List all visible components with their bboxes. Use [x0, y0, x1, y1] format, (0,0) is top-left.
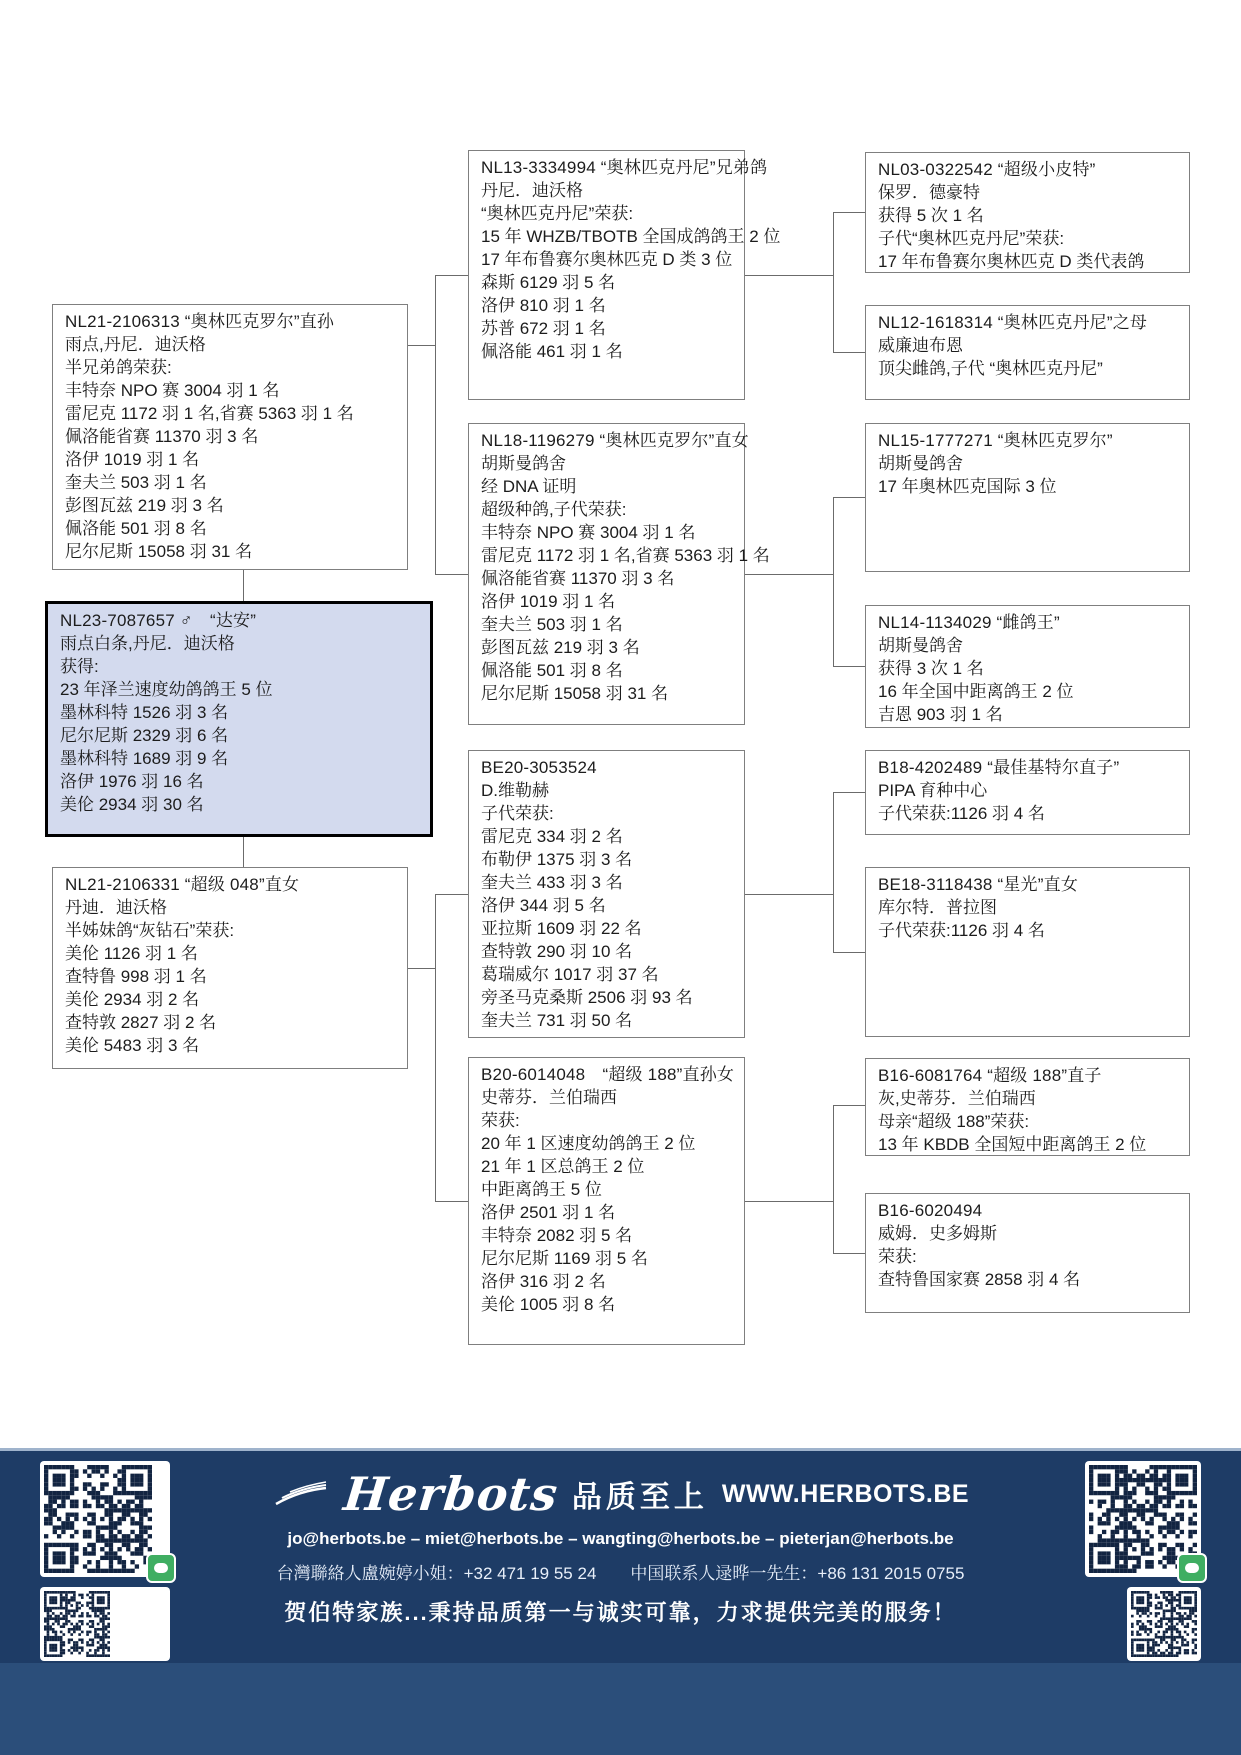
pedigree-box-title: NL03-0322542 “超级小皮特” — [878, 158, 1183, 181]
pedigree-box-nl12: NL12-1618314 “奥林匹克丹尼”之母威廉迪布恩顶尖雌鸽,子代 “奥林匹… — [865, 305, 1190, 400]
pedigree-achievement-line: 23 年泽兰速度幼鸽鸽王 5 位 — [60, 678, 424, 701]
pedigree-box-title: BE20-3053524 — [481, 756, 738, 779]
connector-line — [745, 1201, 833, 1202]
pedigree-achievement-line: 奎夫兰 503 羽 1 名 — [65, 471, 401, 494]
connector-line — [435, 1201, 468, 1202]
pedigree-achievement-line: 佩洛能 501 羽 8 名 — [65, 517, 401, 540]
pedigree-achievement-line: 奎夫兰 731 羽 50 名 — [481, 1009, 738, 1032]
connector-line — [833, 352, 865, 353]
pedigree-achievement-line: 灰,史蒂芬．兰伯瑞西 — [878, 1087, 1183, 1110]
pedigree-achievement-line: 库尔特．普拉图 — [878, 896, 1183, 919]
pedigree-box-subject: NL23-7087657 ♂ “达安”雨点白条,丹尼．迪沃格获得:23 年泽兰速… — [45, 601, 433, 837]
connector-line — [408, 968, 435, 969]
wechat-icon — [1177, 1553, 1207, 1583]
pedigree-achievement-line: 查特敦 2827 羽 2 名 — [65, 1011, 401, 1034]
pedigree-box-b16a: B16-6081764 “超级 188”直子灰,史蒂芬．兰伯瑞西母亲“超级 18… — [865, 1058, 1190, 1156]
pedigree-achievement-line: 顶尖雌鸽,子代 “奥林匹克丹尼” — [878, 357, 1183, 380]
pedigree-box-nl03: NL03-0322542 “超级小皮特”保罗．德豪特获得 5 次 1 名子代“奥… — [865, 152, 1190, 273]
connector-line — [833, 792, 834, 952]
pedigree-achievement-line: 荣获: — [481, 1109, 738, 1132]
pedigree-box-nl15: NL15-1777271 “奥林匹克罗尔”胡斯曼鸽舍17 年奥林匹克国际 3 位 — [865, 423, 1190, 572]
pedigree-achievement-line: 美伦 2934 羽 30 名 — [60, 793, 424, 816]
pedigree-achievement-line: 雷尼克 334 羽 2 名 — [481, 825, 738, 848]
connector-line — [435, 275, 468, 276]
qr-code — [1127, 1587, 1201, 1661]
pedigree-box-title: NL13-3334994 “奥林匹克丹尼”兄弟鸽 — [481, 156, 738, 179]
connector-line — [745, 574, 833, 575]
pedigree-box-title: NL15-1777271 “奥林匹克罗尔” — [878, 429, 1183, 452]
pedigree-achievement-line: 佩洛能省赛 11370 羽 3 名 — [65, 425, 401, 448]
pedigree-box-title: NL18-1196279 “奥林匹克罗尔”直女 — [481, 429, 738, 452]
connector-line — [833, 1253, 865, 1254]
website-link[interactable]: WWW.HERBOTS.BE — [722, 1480, 969, 1509]
pedigree-achievement-line: 17 年布鲁赛尔奥林匹克 D 类 3 位 — [481, 248, 738, 271]
pedigree-achievement-line: PIPA 育种中心 — [878, 779, 1183, 802]
connector-line — [408, 345, 435, 346]
pedigree-box-sire: NL21-2106313 “奥林匹克罗尔”直孙雨点,丹尼．迪沃格半兄弟鸽荣获:丰… — [52, 304, 408, 570]
pedigree-achievement-line: 半兄弟鸽荣获: — [65, 356, 401, 379]
pedigree-achievement-line: 胡斯曼鸽舍 — [481, 452, 738, 475]
footer-banner: Herbots 品质至上 WWW.HERBOTS.BE jo@herbots.b… — [0, 1448, 1241, 1755]
footer-right-qr-column — [1071, 1461, 1201, 1661]
pedigree-achievement-line: 丰特奈 NPO 赛 3004 羽 1 名 — [65, 379, 401, 402]
pedigree-achievement-line: 墨林科特 1526 羽 3 名 — [60, 701, 424, 724]
footer-emails[interactable]: jo@herbots.be – miet@herbots.be – wangti… — [170, 1529, 1071, 1549]
connector-line — [833, 792, 865, 793]
pedigree-achievement-line: 经 DNA 证明 — [481, 475, 738, 498]
pedigree-achievement-line: 子代“奥林匹克丹尼”荣获: — [878, 227, 1183, 250]
footer-tagline: 贺伯特家族...秉持品质第一与诚实可靠，力求提供完美的服务！ — [170, 1596, 1071, 1627]
pedigree-achievement-line: 胡斯曼鸽舍 — [878, 634, 1183, 657]
wing-icon — [272, 1474, 330, 1514]
qr-pattern — [44, 1465, 152, 1573]
pedigree-achievement-line: 洛伊 344 羽 5 名 — [481, 894, 738, 917]
pedigree-achievement-line: 彭图瓦兹 219 羽 3 名 — [65, 494, 401, 517]
pedigree-achievement-line: 13 年 KBDB 全国短中距离鸽王 2 位 — [878, 1133, 1183, 1156]
connector-line — [833, 497, 865, 498]
connector-line — [435, 275, 436, 574]
connector-line — [833, 497, 834, 666]
pedigree-achievement-line: 21 年 1 区总鸽王 2 位 — [481, 1155, 738, 1178]
footer-left-qr-column — [40, 1461, 170, 1661]
pedigree-achievement-line: 丰特奈 2082 羽 5 名 — [481, 1224, 738, 1247]
pedigree-achievement-line: 保罗．德豪特 — [878, 181, 1183, 204]
connector-line — [745, 275, 833, 276]
connector-line — [435, 894, 436, 1201]
connector-line — [745, 894, 833, 895]
brand-row: Herbots 品质至上 WWW.HERBOTS.BE — [170, 1463, 1071, 1525]
pedigree-achievement-line: 雨点白条,丹尼．迪沃格 — [60, 632, 424, 655]
pedigree-achievement-line: 奎夫兰 503 羽 1 名 — [481, 613, 738, 636]
pedigree-achievement-line: 森斯 6129 羽 5 名 — [481, 271, 738, 294]
connector-line — [243, 837, 244, 867]
pedigree-achievement-line: 胡斯曼鸽舍 — [878, 452, 1183, 475]
pedigree-achievement-line: 子代荣获:1126 羽 4 名 — [878, 919, 1183, 942]
pedigree-achievement-line: 洛伊 2501 羽 1 名 — [481, 1201, 738, 1224]
pedigree-achievement-line: 尼尔尼斯 15058 羽 31 名 — [481, 682, 738, 705]
pedigree-achievement-line: 尼尔尼斯 2329 羽 6 名 — [60, 724, 424, 747]
brand-logo-text: Herbots — [341, 1467, 561, 1521]
pedigree-achievement-line: 美伦 2934 羽 2 名 — [65, 988, 401, 1011]
connector-line — [833, 952, 865, 953]
pedigree-achievement-line: 子代荣获: — [481, 802, 738, 825]
pedigree-achievement-line: 史蒂芬．兰伯瑞西 — [481, 1086, 738, 1109]
pedigree-box-be18: BE18-3118438 “星光”直女库尔特．普拉图子代荣获:1126 羽 4 … — [865, 867, 1190, 1037]
pedigree-achievement-line: 17 年奥林匹克国际 3 位 — [878, 475, 1183, 498]
pedigree-achievement-line: 佩洛能 461 羽 1 名 — [481, 340, 738, 363]
pedigree-box-nl13: NL13-3334994 “奥林匹克丹尼”兄弟鸽丹尼．迪沃格“奥林匹克丹尼”荣获… — [468, 150, 745, 400]
pedigree-achievement-line: 威廉迪布恩 — [878, 334, 1183, 357]
pedigree-achievement-line: 美伦 5483 羽 3 名 — [65, 1034, 401, 1057]
pedigree-achievement-line: 20 年 1 区速度幼鸽鸽王 2 位 — [481, 1132, 738, 1155]
pedigree-achievement-line: “奥林匹克丹尼”荣获: — [481, 202, 738, 225]
pedigree-achievement-line: 获得 3 次 1 名 — [878, 657, 1183, 680]
pedigree-achievement-line: 半姊妹鸽“灰钻石”荣获: — [65, 919, 401, 942]
pedigree-achievement-line: 布勒伊 1375 羽 3 名 — [481, 848, 738, 871]
pedigree-box-title: NL12-1618314 “奥林匹克丹尼”之母 — [878, 311, 1183, 334]
pedigree-achievement-line: 子代荣获:1126 羽 4 名 — [878, 802, 1183, 825]
pedigree-achievement-line: 荣获: — [878, 1245, 1183, 1268]
connector-line — [833, 212, 834, 352]
pedigree-achievement-line: 威姆．史多姆斯 — [878, 1222, 1183, 1245]
pedigree-box-title: B16-6020494 — [878, 1199, 1183, 1222]
pedigree-achievement-line: 丹迪．迪沃格 — [65, 896, 401, 919]
connector-line — [435, 894, 468, 895]
pedigree-achievement-line: 17 年布鲁赛尔奥林匹克 D 类代表鸽 — [878, 250, 1183, 273]
wechat-icon — [146, 1553, 176, 1583]
connector-line — [435, 574, 468, 575]
qr-code — [40, 1587, 170, 1661]
pedigree-achievement-line: 15 年 WHZB/TBOTB 全国成鸽鸽王 2 位 — [481, 225, 738, 248]
pedigree-box-title: B18-4202489 “最佳基特尔直子” — [878, 756, 1183, 779]
pedigree-achievement-line: 佩洛能省赛 11370 羽 3 名 — [481, 567, 738, 590]
pedigree-box-title: NL21-2106313 “奥林匹克罗尔”直孙 — [65, 310, 401, 333]
pedigree-achievement-line: 苏普 672 羽 1 名 — [481, 317, 738, 340]
pedigree-box-title: NL14-1134029 “雌鸽王” — [878, 611, 1183, 634]
pedigree-box-title: NL21-2106331 “超级 048”直女 — [65, 873, 401, 896]
pedigree-achievement-line: 雨点,丹尼．迪沃格 — [65, 333, 401, 356]
pedigree-achievement-line: 丹尼．迪沃格 — [481, 179, 738, 202]
pedigree-box-title: NL23-7087657 ♂ “达安” — [60, 609, 424, 632]
pedigree-achievement-line: 中距离鸽王 5 位 — [481, 1178, 738, 1201]
pedigree-achievement-line: 旁圣马克桑斯 2506 羽 93 名 — [481, 986, 738, 1009]
pedigree-box-title: B20-6014048 “超级 188”直孙女 — [481, 1063, 738, 1086]
pedigree-box-b18: B18-4202489 “最佳基特尔直子”PIPA 育种中心子代荣获:1126 … — [865, 750, 1190, 835]
pedigree-achievement-line: 美伦 1005 羽 8 名 — [481, 1293, 738, 1316]
pedigree-achievement-line: 洛伊 810 羽 1 名 — [481, 294, 738, 317]
pedigree-box-title: B16-6081764 “超级 188”直子 — [878, 1064, 1183, 1087]
pedigree-achievement-line: 奎夫兰 433 羽 3 名 — [481, 871, 738, 894]
pedigree-box-b20: B20-6014048 “超级 188”直孙女史蒂芬．兰伯瑞西荣获:20 年 1… — [468, 1057, 745, 1345]
brand-slogan: 品质至上 — [572, 1472, 708, 1516]
pedigree-achievement-line: 查特鲁国家赛 2858 羽 4 名 — [878, 1268, 1183, 1291]
pedigree-achievement-line: 墨林科特 1689 羽 9 名 — [60, 747, 424, 770]
pedigree-page: NL21-2106313 “奥林匹克罗尔”直孙雨点,丹尼．迪沃格半兄弟鸽荣获:丰… — [0, 0, 1241, 1755]
pedigree-box-title: BE18-3118438 “星光”直女 — [878, 873, 1183, 896]
pedigree-achievement-line: 母亲“超级 188”荣获: — [878, 1110, 1183, 1133]
pedigree-box-be20: BE20-3053524D.维勒赫子代荣获:雷尼克 334 羽 2 名布勒伊 1… — [468, 750, 745, 1038]
connector-line — [833, 666, 865, 667]
pedigree-box-nl14: NL14-1134029 “雌鸽王”胡斯曼鸽舍获得 3 次 1 名16 年全国中… — [865, 605, 1190, 728]
pedigree-achievement-line: 洛伊 316 羽 2 名 — [481, 1270, 738, 1293]
qr-code — [1085, 1461, 1201, 1577]
qr-pattern — [44, 1591, 110, 1657]
qr-code — [40, 1461, 170, 1577]
connector-line — [833, 1105, 834, 1253]
pedigree-achievement-line: 16 年全国中距离鸽王 2 位 — [878, 680, 1183, 703]
pedigree-achievement-line: 佩洛能 501 羽 8 名 — [481, 659, 738, 682]
connector-line — [833, 1105, 865, 1106]
pedigree-achievement-line: 尼尔尼斯 1169 羽 5 名 — [481, 1247, 738, 1270]
pedigree-box-nl18: NL18-1196279 “奥林匹克罗尔”直女胡斯曼鸽舍经 DNA 证明超级种鸽… — [468, 423, 745, 725]
pedigree-achievement-line: 吉恩 903 羽 1 名 — [878, 703, 1183, 726]
pedigree-achievement-line: 亚拉斯 1609 羽 22 名 — [481, 917, 738, 940]
pedigree-achievement-line: 获得 5 次 1 名 — [878, 204, 1183, 227]
pedigree-achievement-line: 超级种鸽,子代荣获: — [481, 498, 738, 521]
pedigree-achievement-line: 洛伊 1019 羽 1 名 — [481, 590, 738, 613]
pedigree-achievement-line: 查特鲁 998 羽 1 名 — [65, 965, 401, 988]
pedigree-achievement-line: 洛伊 1019 羽 1 名 — [65, 448, 401, 471]
footer-bottom-strip — [0, 1663, 1241, 1755]
pedigree-achievement-line: 尼尔尼斯 15058 羽 31 名 — [65, 540, 401, 563]
pedigree-achievement-line: 美伦 1126 羽 1 名 — [65, 942, 401, 965]
footer-contact-phones: 台灣聯絡人盧婉婷小姐：+32 471 19 55 24 中国联系人逯晔一先生：+… — [170, 1559, 1071, 1584]
pedigree-achievement-line: 雷尼克 1172 羽 1 名,省赛 5363 羽 1 名 — [481, 544, 738, 567]
connector-line — [833, 212, 865, 213]
qr-pattern — [1131, 1591, 1197, 1657]
pedigree-achievement-line: 丰特奈 NPO 赛 3004 羽 1 名 — [481, 521, 738, 544]
pedigree-achievement-line: 雷尼克 1172 羽 1 名,省赛 5363 羽 1 名 — [65, 402, 401, 425]
pedigree-achievement-line: D.维勒赫 — [481, 779, 738, 802]
pedigree-achievement-line: 查特敦 290 羽 10 名 — [481, 940, 738, 963]
pedigree-box-dam: NL21-2106331 “超级 048”直女丹迪．迪沃格半姊妹鸽“灰钻石”荣获… — [52, 867, 408, 1069]
pedigree-achievement-line: 彭图瓦兹 219 羽 3 名 — [481, 636, 738, 659]
pedigree-achievement-line: 葛瑞威尔 1017 羽 37 名 — [481, 963, 738, 986]
pedigree-achievement-line: 获得: — [60, 655, 424, 678]
pedigree-achievement-line: 洛伊 1976 羽 16 名 — [60, 770, 424, 793]
connector-line — [243, 570, 244, 601]
pedigree-box-b16b: B16-6020494威姆．史多姆斯荣获:查特鲁国家赛 2858 羽 4 名 — [865, 1193, 1190, 1313]
